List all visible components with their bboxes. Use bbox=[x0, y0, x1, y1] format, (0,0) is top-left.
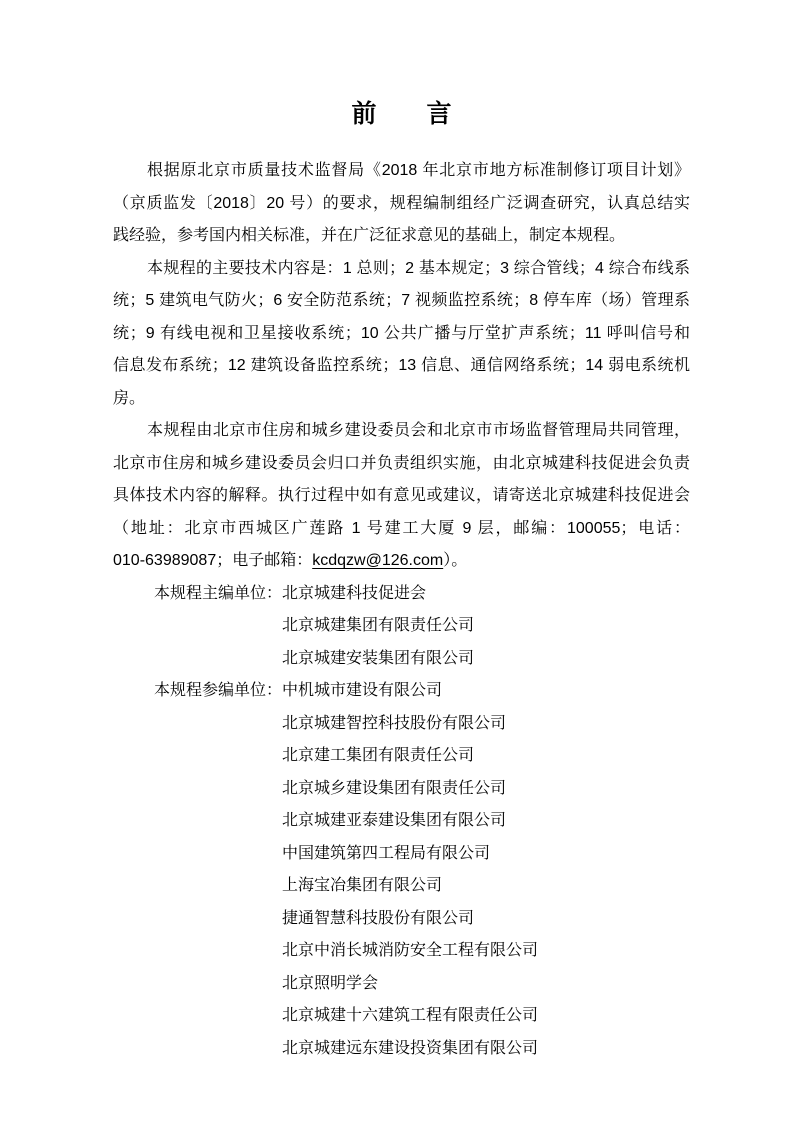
participant-unit-name: 北京城建十六建筑工程有限责任公司 bbox=[282, 1000, 690, 1033]
contact-phone-text: 010-63989087；电子邮箱： bbox=[113, 552, 312, 569]
unit-label-spacer bbox=[113, 1000, 282, 1033]
participant-row: 上海宝冶集团有限公司 bbox=[113, 870, 690, 903]
paragraph-basis: 根据原北京市质量技术监督局《2018 年北京市地方标准制修订项目计划》 （京质监… bbox=[113, 155, 690, 253]
participant-row: 北京城乡建设集团有限责任公司 bbox=[113, 773, 690, 806]
participant-unit-name: 北京城建智控科技股份有限公司 bbox=[282, 708, 690, 741]
unit-label-spacer bbox=[113, 870, 282, 903]
chief-unit-name: 北京城建集团有限责任公司 bbox=[282, 610, 690, 643]
participant-row: 北京中消长城消防安全工程有限公司 bbox=[113, 935, 690, 968]
chief-editor-row: 本规程主编单位： 北京城建科技促进会 bbox=[113, 578, 690, 611]
participant-row: 北京照明学会 bbox=[113, 968, 690, 1001]
closing-bracket-text: ）。 bbox=[443, 552, 467, 569]
participant-unit-name: 北京照明学会 bbox=[282, 968, 690, 1001]
participant-row: 北京建工集团有限责任公司 bbox=[113, 740, 690, 773]
unit-label-spacer bbox=[113, 643, 282, 676]
participants-label: 本规程参编单位： bbox=[113, 675, 282, 708]
paragraph-line: 北京市住房和城乡建设委员会归口并负责组织实施，由北京城建科技促进会负责 bbox=[113, 448, 690, 481]
chief-editor-row: 北京城建集团有限责任公司 bbox=[113, 610, 690, 643]
unit-label-spacer bbox=[113, 903, 282, 936]
chief-editor-label: 本规程主编单位： bbox=[113, 578, 282, 611]
paragraph-management: 本规程由北京市住房和城乡建设委员会和北京市市场监督管理局共同管理， 北京市住房和… bbox=[113, 415, 690, 578]
participant-unit-name: 北京城建亚泰建设集团有限公司 bbox=[282, 805, 690, 838]
participant-row: 北京城建智控科技股份有限公司 bbox=[113, 708, 690, 741]
paragraph-technical-contents: 本规程的主要技术内容是：1 总则；2 基本规定；3 综合管线；4 综合布线系 统… bbox=[113, 253, 690, 416]
chief-unit-name: 北京城建科技促进会 bbox=[282, 578, 690, 611]
participant-row: 北京城建十六建筑工程有限责任公司 bbox=[113, 1000, 690, 1033]
email-link[interactable]: kcdqzw@126.com bbox=[312, 552, 443, 569]
unit-label-spacer bbox=[113, 610, 282, 643]
participant-unit-name: 北京城建远东建设投资集团有限公司 bbox=[282, 1033, 690, 1066]
unit-label-spacer bbox=[113, 1033, 282, 1066]
paragraph-line: 010-63989087；电子邮箱：kcdqzw@126.com）。 bbox=[113, 545, 690, 578]
participant-unit-name: 上海宝冶集团有限公司 bbox=[282, 870, 690, 903]
paragraph-line: 本规程由北京市住房和城乡建设委员会和北京市市场监督管理局共同管理， bbox=[113, 415, 690, 448]
paragraph-line: 统；5 建筑电气防火；6 安全防范系统；7 视频监控系统；8 停车库（场）管理系 bbox=[113, 285, 690, 318]
paragraph-line: 房。 bbox=[113, 383, 690, 416]
participant-unit-name: 北京中消长城消防安全工程有限公司 bbox=[282, 935, 690, 968]
page-title: 前 言 bbox=[113, 99, 690, 129]
paragraph-line: 信息发布系统；12 建筑设备监控系统；13 信息、通信网络系统；14 弱电系统机 bbox=[113, 350, 690, 383]
unit-label-spacer bbox=[113, 708, 282, 741]
paragraph-line: （地址：北京市西城区广莲路 1 号建工大厦 9 层，邮编：100055；电话： bbox=[113, 513, 690, 546]
chief-unit-name: 北京城建安装集团有限公司 bbox=[282, 643, 690, 676]
document-page: 前 言 根据原北京市质量技术监督局《2018 年北京市地方标准制修订项目计划》 … bbox=[0, 0, 800, 1133]
unit-label-spacer bbox=[113, 773, 282, 806]
unit-label-spacer bbox=[113, 935, 282, 968]
participant-row: 捷通智慧科技股份有限公司 bbox=[113, 903, 690, 936]
participant-row: 中国建筑第四工程局有限公司 bbox=[113, 838, 690, 871]
editing-units-section: 本规程主编单位： 北京城建科技促进会 北京城建集团有限责任公司 北京城建安装集团… bbox=[113, 578, 690, 1066]
participant-unit-name: 中国建筑第四工程局有限公司 bbox=[282, 838, 690, 871]
paragraph-line: 具体技术内容的解释。执行过程中如有意见或建议，请寄送北京城建科技促进会 bbox=[113, 480, 690, 513]
paragraph-line: 根据原北京市质量技术监督局《2018 年北京市地方标准制修订项目计划》 bbox=[113, 155, 690, 188]
unit-label-spacer bbox=[113, 968, 282, 1001]
participant-unit-name: 北京建工集团有限责任公司 bbox=[282, 740, 690, 773]
chief-editor-row: 北京城建安装集团有限公司 bbox=[113, 643, 690, 676]
unit-label-spacer bbox=[113, 805, 282, 838]
participant-row: 北京城建远东建设投资集团有限公司 bbox=[113, 1033, 690, 1066]
participant-unit-name: 北京城乡建设集团有限责任公司 bbox=[282, 773, 690, 806]
paragraph-line: （京质监发〔2018〕20 号）的要求，规程编制组经广泛调查研究，认真总结实 bbox=[113, 188, 690, 221]
participant-unit-name: 捷通智慧科技股份有限公司 bbox=[282, 903, 690, 936]
participant-row: 北京城建亚泰建设集团有限公司 bbox=[113, 805, 690, 838]
unit-label-spacer bbox=[113, 838, 282, 871]
paragraph-line: 践经验，参考国内相关标准，并在广泛征求意见的基础上，制定本规程。 bbox=[113, 220, 690, 253]
participant-row: 本规程参编单位： 中机城市建设有限公司 bbox=[113, 675, 690, 708]
unit-label-spacer bbox=[113, 740, 282, 773]
paragraph-line: 统；9 有线电视和卫星接收系统；10 公共广播与厅堂扩声系统；11 呼叫信号和 bbox=[113, 318, 690, 351]
paragraph-line: 本规程的主要技术内容是：1 总则；2 基本规定；3 综合管线；4 综合布线系 bbox=[113, 253, 690, 286]
participant-unit-name: 中机城市建设有限公司 bbox=[282, 675, 690, 708]
